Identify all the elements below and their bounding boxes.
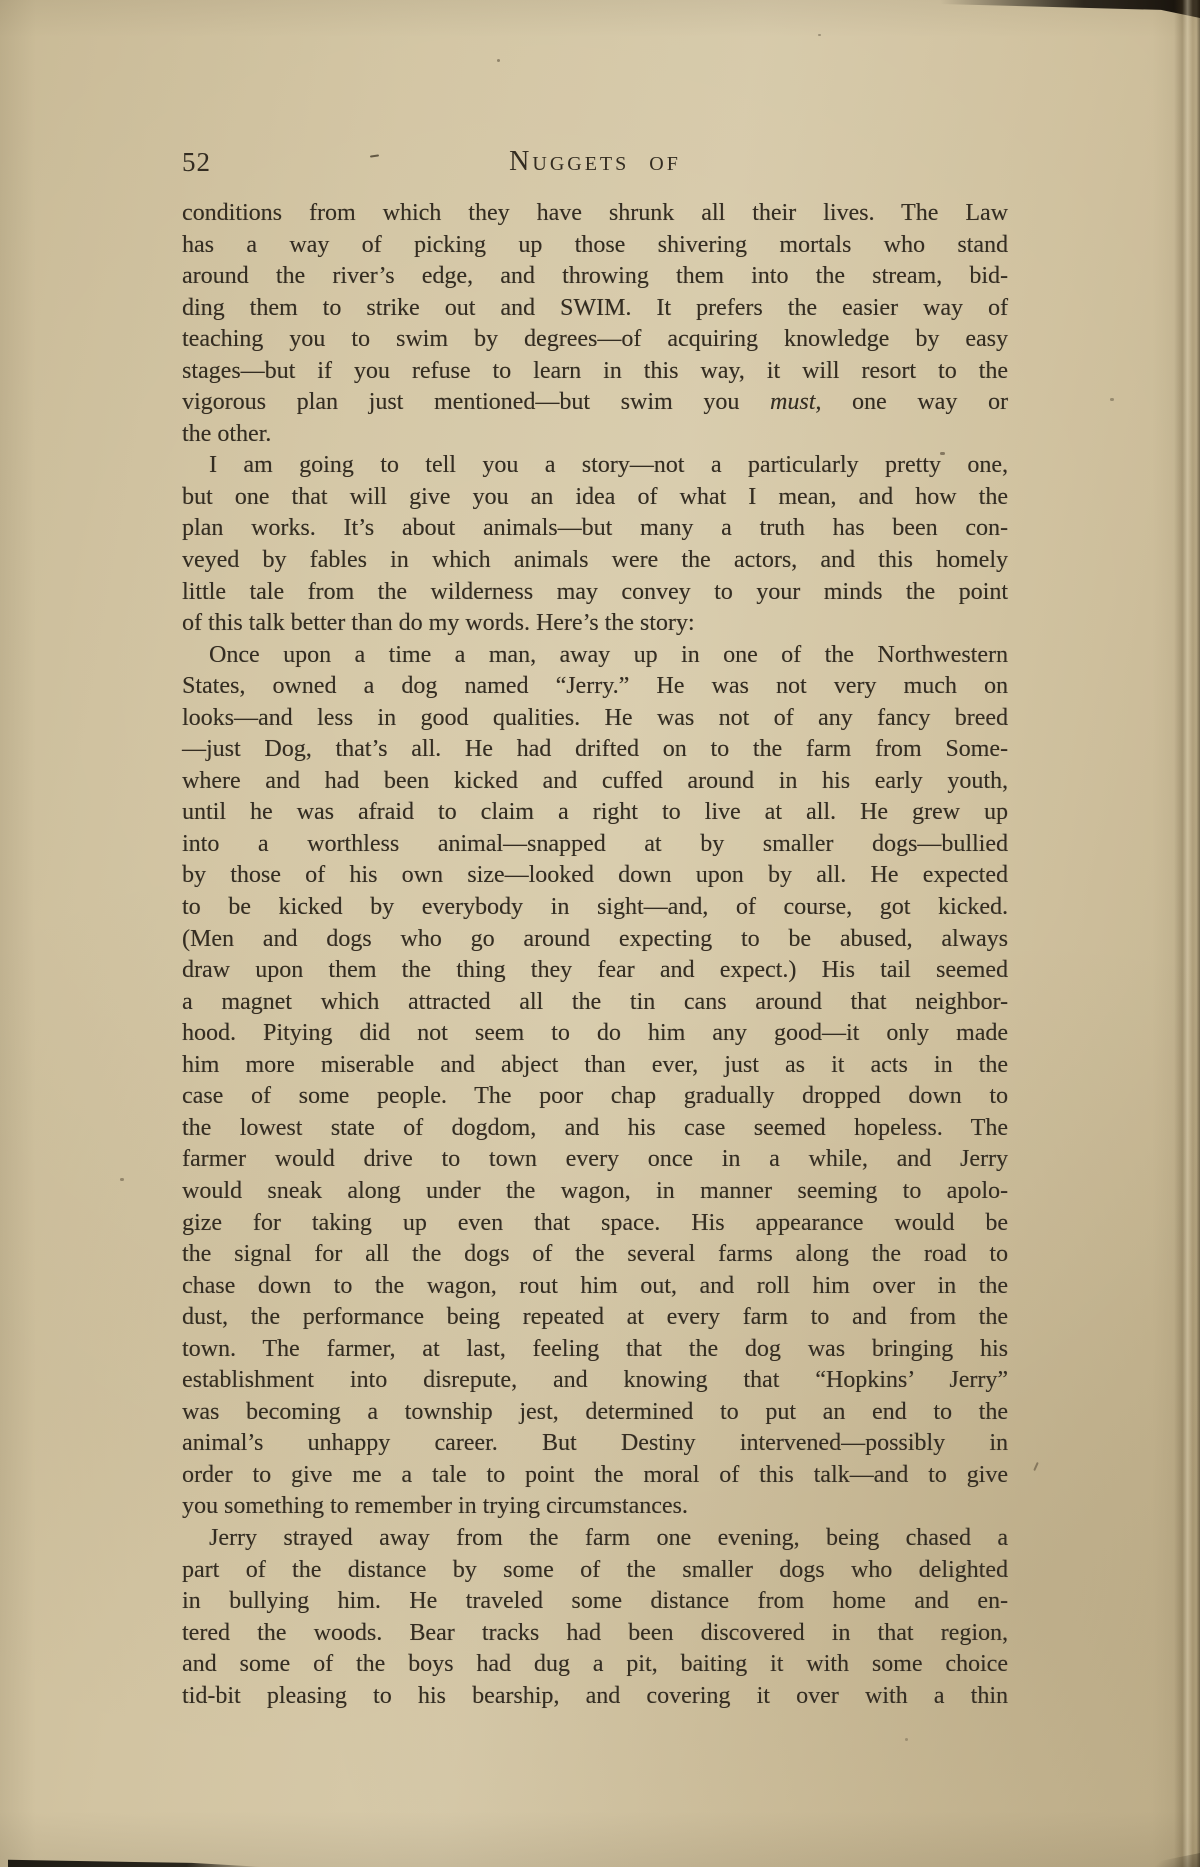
text-line: —just Dog, that’s all. He had drifted on…: [182, 734, 1008, 766]
text-line: Once upon a time a man, away up in one o…: [182, 640, 1008, 672]
text-line: tid-bit pleasing to his bearship, and co…: [182, 1681, 1008, 1713]
text-line: draw upon them the thing they fear and e…: [182, 955, 1008, 987]
text-line: into a worthless animal—snapped at by sm…: [182, 829, 1008, 861]
text-line: chase down to the wagon, rout him out, a…: [182, 1271, 1008, 1303]
text-line: conditions from which they have shrunk a…: [182, 198, 1008, 230]
right-page-edge: [1174, 0, 1200, 1867]
text-line: him more miserable and abject than ever,…: [182, 1050, 1008, 1082]
text-line: was becoming a township jest, determined…: [182, 1397, 1008, 1429]
text-line: teaching you to swim by degrees—of acqui…: [182, 324, 1008, 356]
text-line: plan works. It’s about animals—but many …: [182, 513, 1008, 545]
text-line: where and had been kicked and cuffed aro…: [182, 766, 1008, 798]
text-line: order to give me a tale to point the mor…: [182, 1460, 1008, 1492]
text-line: until he was afraid to claim a right to …: [182, 797, 1008, 829]
paper-speck: [1110, 398, 1114, 401]
text-line: part of the distance by some of the smal…: [182, 1555, 1008, 1587]
paper-speck: [497, 59, 500, 62]
text-line: of this talk better than do my words. He…: [182, 608, 1008, 640]
text-block: conditions from which they have shrunk a…: [182, 198, 1008, 1712]
text-line: but one that will give you an idea of wh…: [182, 482, 1008, 514]
text-line: the lowest state of dogdom, and his case…: [182, 1113, 1008, 1145]
text-line: by those of his own size—looked down upo…: [182, 860, 1008, 892]
text-line: would sneak along under the wagon, in ma…: [182, 1176, 1008, 1208]
text-line: around the river’s edge, and throwing th…: [182, 261, 1008, 293]
text-line: farmer would drive to town every once in…: [182, 1144, 1008, 1176]
paper-speck: [120, 1178, 124, 1181]
paper-speck: [818, 34, 821, 36]
text-line: the signal for all the dogs of the sever…: [182, 1239, 1008, 1271]
text-line: gize for taking up even that space. His …: [182, 1208, 1008, 1240]
text-line: looks—and less in good qualities. He was…: [182, 703, 1008, 735]
text-line: ding them to strike out and SWIM. It pre…: [182, 293, 1008, 325]
scanned-book-page: 52 Nuggets of conditions from which they…: [0, 0, 1200, 1867]
text-line: and some of the boys had dug a pit, bait…: [182, 1649, 1008, 1681]
text-line: in bullying him. He traveled some distan…: [182, 1586, 1008, 1618]
text-line: vigorous plan just mentioned—but swim yo…: [182, 387, 1008, 419]
text-line: case of some people. The poor chap gradu…: [182, 1081, 1008, 1113]
text-line: veyed by fables in which animals were th…: [182, 545, 1008, 577]
paper-speck: [905, 1738, 908, 1741]
text-line: little tale from the wilderness may conv…: [182, 577, 1008, 609]
text-line: has a way of picking up those shivering …: [182, 230, 1008, 262]
text-line: establishment into disrepute, and knowin…: [182, 1365, 1008, 1397]
text-line: Jerry strayed away from the farm one eve…: [182, 1523, 1008, 1555]
text-line: you something to remember in trying circ…: [182, 1491, 1008, 1523]
text-line: I am going to tell you a story—not a par…: [182, 450, 1008, 482]
text-line: the other.: [182, 419, 1008, 451]
text-line: a magnet which attracted all the tin can…: [182, 987, 1008, 1019]
text-line: tered the woods. Bear tracks had been di…: [182, 1618, 1008, 1650]
text-line: hood. Pitying did not seem to do him any…: [182, 1018, 1008, 1050]
text-line: States, owned a dog named “Jerry.” He wa…: [182, 671, 1008, 703]
text-line: dust, the performance being repeated at …: [182, 1302, 1008, 1334]
text-line: to be kicked by everybody in sight—and, …: [182, 892, 1008, 924]
text-line: animal’s unhappy career. But Destiny int…: [182, 1428, 1008, 1460]
text-line: (Men and dogs who go around expecting to…: [182, 924, 1008, 956]
text-line: town. The farmer, at last, feeling that …: [182, 1334, 1008, 1366]
running-head: 52 Nuggets of: [182, 146, 1008, 182]
text-line: stages—but if you refuse to learn in thi…: [182, 356, 1008, 388]
running-header-title: Nuggets of: [182, 146, 1008, 178]
